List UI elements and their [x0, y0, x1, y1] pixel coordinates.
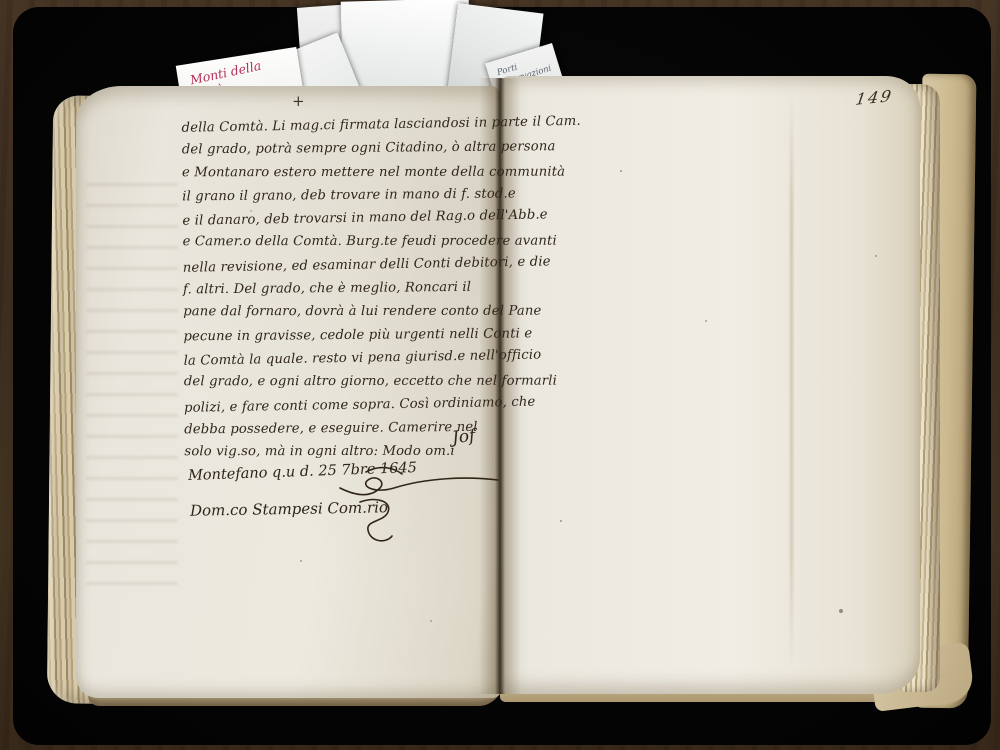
manuscript-line: pane dal fornaro, dovrà à lui rendere co… [183, 300, 501, 324]
paper-specks [0, 0, 2, 2]
manuscript-line: e Montanaro estero mettere nel monte del… [182, 160, 500, 184]
header-cross-mark: + [292, 92, 305, 110]
manuscript-line: f. altri. Del grado, che è meglio, Ronca… [183, 276, 501, 302]
manuscript-text-block: della Comtà. Li mag.ci firmata lasciando… [181, 113, 502, 465]
ink-paraph: Jof [451, 426, 476, 448]
manuscript-line: la Comtà la quale. resto vi pena giurisd… [183, 344, 501, 373]
photo-of-manuscript: Monti della Pietà Porti Riservazioni + d… [0, 0, 1000, 750]
manuscript-line: del grado, e ogni altro giorno, eccetto … [184, 370, 502, 394]
manuscript-line: polizi, e fare conti come sopra. Così or… [184, 391, 502, 420]
manuscript-line: e Camer.o della Comtà. Burg.te feudi pro… [183, 230, 501, 254]
ink-flourish-signature [352, 494, 402, 550]
manuscript-line: del grado, potrà sempre ogni Citadino, ò… [182, 136, 500, 162]
ink-show-through [86, 168, 178, 598]
page-crease [790, 96, 793, 668]
